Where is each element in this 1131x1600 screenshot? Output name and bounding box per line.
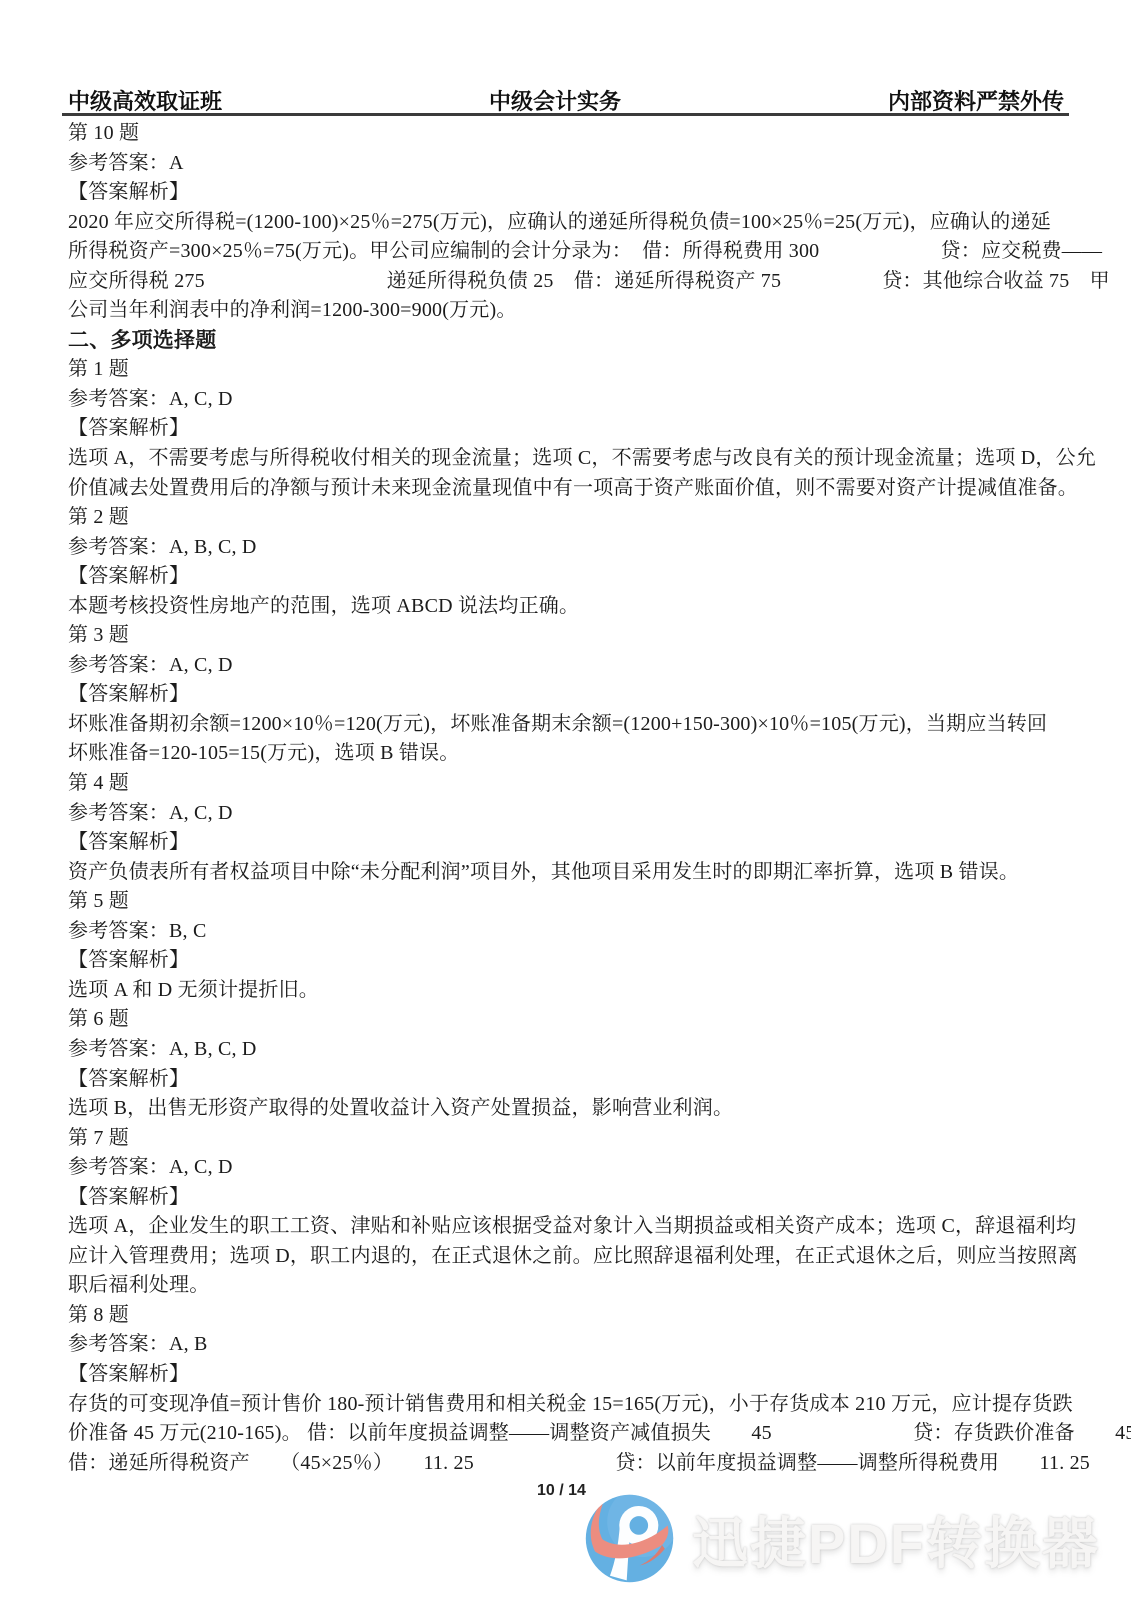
text-line: 第 8 题 (68, 1301, 1068, 1331)
text-line: 选项 B，出售无形资产取得的处置收益计入资产处置损益，影响营业利润。 (68, 1094, 1068, 1124)
text-line: 【答案解析】 (68, 1065, 1068, 1095)
pdf-converter-logo-icon (583, 1492, 676, 1585)
page-number: 10 / 14 (537, 1482, 586, 1500)
text-line: 所得税资产=300×25％=75(万元)。甲公司应编制的会计分录为： 借：所得税… (68, 237, 1068, 267)
text-line: 第 3 题 (68, 621, 1068, 651)
text-line: 参考答案：A, B, C, D (68, 1035, 1068, 1065)
text-line: 第 5 题 (68, 887, 1068, 917)
text-line: 借：递延所得税资产 （45×25％） 11. 25 贷：以前年度损益调整——调整… (68, 1449, 1068, 1479)
document-body: 第 10 题参考答案：A【答案解析】2020 年应交所得税=(1200-100)… (68, 119, 1068, 1478)
text-line: 参考答案：A, B (68, 1330, 1068, 1360)
text-line: 第 7 题 (68, 1124, 1068, 1154)
text-line: 选项 A，企业发生的职工工资、津贴和补贴应该根据受益对象计入当期损益或相关资产成… (68, 1212, 1068, 1242)
text-line: 应计入管理费用；选项 D，职工内退的，在正式退休之前。应比照辞退福利处理，在正式… (68, 1242, 1068, 1272)
text-line: 参考答案：A (68, 149, 1068, 179)
header-divider (62, 113, 1069, 116)
text-line: 【答案解析】 (68, 414, 1068, 444)
text-line: 【答案解析】 (68, 178, 1068, 208)
header-subject-label: 中级会计实务 (489, 85, 621, 116)
text-line: 【答案解析】 (68, 828, 1068, 858)
text-line: 参考答案：A, B, C, D (68, 533, 1068, 563)
text-line: 职后福利处理。 (68, 1271, 1068, 1301)
header-confidential-label: 内部资料严禁外传 (888, 85, 1064, 116)
document-page: 中级高效取证班 中级会计实务 内部资料严禁外传 第 10 题参考答案：A【答案解… (0, 0, 1131, 1600)
text-line: 参考答案：A, C, D (68, 799, 1068, 829)
watermark-label: 迅捷PDF转换器 (692, 1500, 1100, 1580)
text-line: 第 2 题 (68, 503, 1068, 533)
text-line: 第 1 题 (68, 355, 1068, 385)
text-line: 【答案解析】 (68, 680, 1068, 710)
text-line: 【答案解析】 (68, 946, 1068, 976)
text-line: 参考答案：B, C (68, 917, 1068, 947)
text-line: 第 10 题 (68, 119, 1068, 149)
text-line: 价值减去处置费用后的净额与预计未来现金流量现值中有一项高于资产账面价值，则不需要… (68, 474, 1068, 504)
watermark: 迅捷PDF转换器 (583, 1492, 1100, 1585)
text-line: 坏账准备=120-105=15(万元)，选项 B 错误。 (68, 739, 1068, 769)
text-line: 坏账准备期初余额=1200×10％=120(万元)，坏账准备期末余额=(1200… (68, 710, 1068, 740)
text-line: 【答案解析】 (68, 562, 1068, 592)
text-line: 选项 A 和 D 无须计提折旧。 (68, 976, 1068, 1006)
text-line: 公司当年利润表中的净利润=1200-300=900(万元)。 (68, 296, 1068, 326)
text-line: 资产负债表所有者权益项目中除“未分配利润”项目外，其他项目采用发生时的即期汇率折… (68, 858, 1068, 888)
text-line: 参考答案：A, C, D (68, 385, 1068, 415)
text-line: 参考答案：A, C, D (68, 1153, 1068, 1183)
text-line: 参考答案：A, C, D (68, 651, 1068, 681)
header-course-label: 中级高效取证班 (68, 85, 222, 116)
text-line: 第 4 题 (68, 769, 1068, 799)
text-line: 2020 年应交所得税=(1200-100)×25％=275(万元)，应确认的递… (68, 208, 1068, 238)
text-line: 应交所得税 275 递延所得税负债 25 借：递延所得税资产 75 贷：其他综合… (68, 267, 1068, 297)
text-line: 第 6 题 (68, 1005, 1068, 1035)
text-line: 【答案解析】 (68, 1360, 1068, 1390)
text-line: 存货的可变现净值=预计售价 180-预计销售费用和相关税金 15=165(万元)… (68, 1390, 1068, 1420)
text-line: 选项 A，不需要考虑与所得税收付相关的现金流量；选项 C，不需要考虑与改良有关的… (68, 444, 1068, 474)
text-line: 二、多项选择题 (68, 326, 1068, 356)
page-header: 中级高效取证班 中级会计实务 内部资料严禁外传 (68, 85, 1064, 116)
text-line: 价准备 45 万元(210-165)。 借：以前年度损益调整——调整资产减值损失… (68, 1419, 1068, 1449)
text-line: 本题考核投资性房地产的范围，选项 ABCD 说法均正确。 (68, 592, 1068, 622)
text-line: 【答案解析】 (68, 1183, 1068, 1213)
